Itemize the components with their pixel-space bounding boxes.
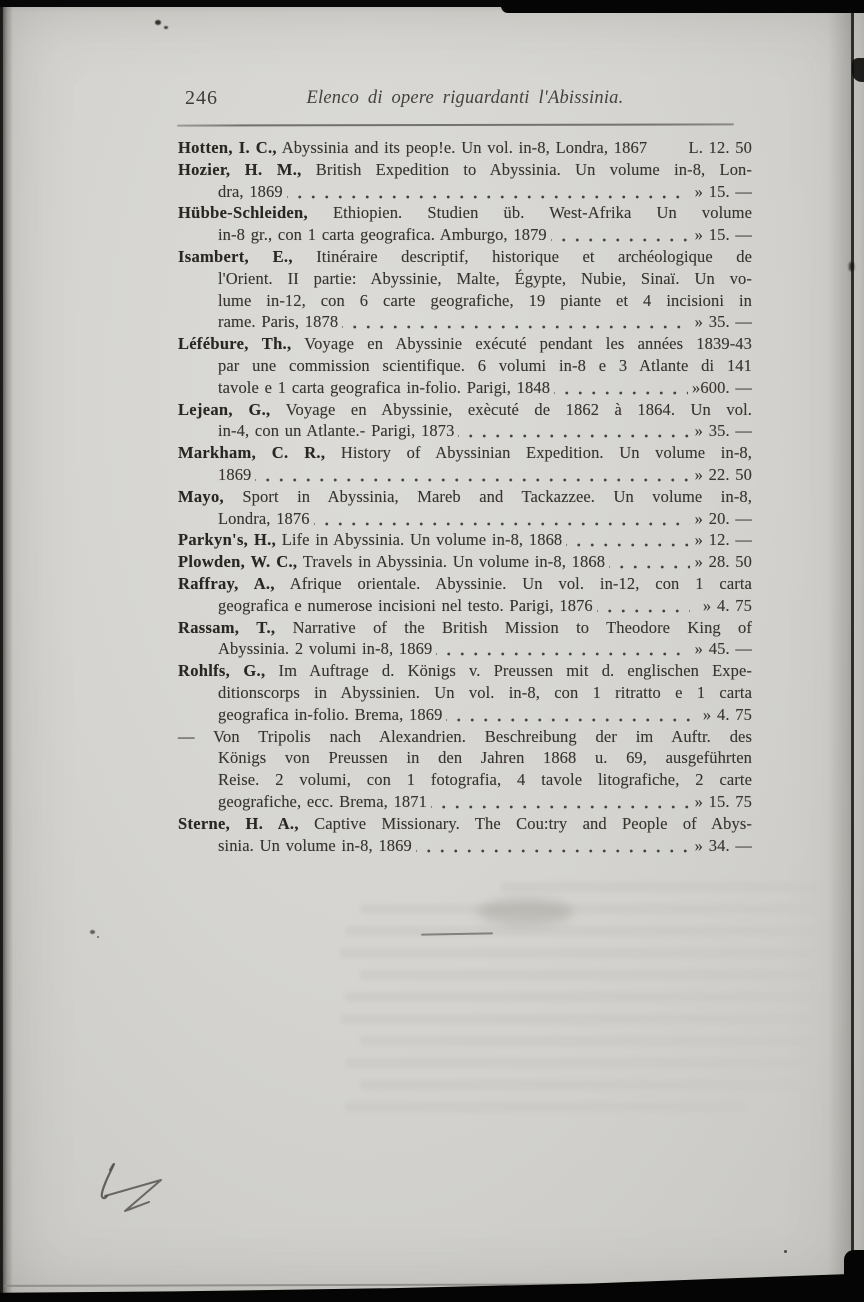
dot-leaders xyxy=(651,137,684,159)
bibliography-entry: Isambert, E., Itinéraire descriptif, his… xyxy=(178,246,752,333)
entry-text: Raffray, A., Afrique orientale. Abyssini… xyxy=(178,573,752,595)
running-title: Elenco di opere riguardanti l'Abissinia. xyxy=(240,88,690,109)
ink-speck xyxy=(784,1250,787,1253)
entry-text: Sterne, H. A., Captive Missionary. The C… xyxy=(178,813,752,835)
entry-text: Plowden, W. C., Travels in Abyssinia. Un… xyxy=(178,551,605,573)
entry-author: Isambert, E., xyxy=(178,247,293,266)
entry-line: Plowden, W. C., Travels in Abyssinia. Un… xyxy=(178,551,752,573)
entry-price: » 22. 50 xyxy=(694,464,752,486)
entry-line: Königs von Preussen in den Jahren 1868 u… xyxy=(178,747,752,769)
bibliography-entry: Hübbe-Schleiden, Ethiopien. Studien üb. … xyxy=(178,202,752,246)
entry-author: Hübbe-Schleiden, xyxy=(178,203,308,222)
entry-line: par une commission scientifique. 6 volum… xyxy=(178,355,752,377)
entry-text: in-4, con un Atlante.- Parigi, 1873 xyxy=(218,420,454,442)
entry-text: Mayo, Sport in Abyssinia, Mareb and Tack… xyxy=(178,486,752,508)
dot-leaders xyxy=(416,835,690,857)
right-edge-line xyxy=(851,0,854,1302)
entry-author: — xyxy=(178,727,195,746)
dot-leaders xyxy=(554,377,688,399)
entry-text: Rassam, T., Narrative of the British Mis… xyxy=(178,617,752,639)
bibliography-entry: Raffray, A., Afrique orientale. Abyssini… xyxy=(178,573,752,617)
binding-edge xyxy=(0,0,3,1302)
entry-price: » 4. 75 xyxy=(694,595,752,617)
dot-leaders xyxy=(255,464,690,486)
entry-line: rame. Paris, 1878» 35. — xyxy=(178,311,752,333)
entry-line: geografica in-folio. Brema, 1869» 4. 75 xyxy=(178,704,752,726)
entry-line: Markham, C. R., History of Abyssinian Ex… xyxy=(178,442,752,464)
entry-author: Lejean, G., xyxy=(178,400,270,419)
entry-line: Rassam, T., Narrative of the British Mis… xyxy=(178,617,752,639)
entry-text: 1869 xyxy=(218,464,251,486)
entry-author: Markham, C. R., xyxy=(178,443,325,462)
entry-price: » 15. 75 xyxy=(694,791,752,813)
bibliography-entry: Hotten, I. C., Abyssinia and its peop!e.… xyxy=(178,137,752,159)
entry-line: ditionscorps in Abyssinien. Un vol. in-8… xyxy=(178,682,752,704)
ink-speck xyxy=(155,20,161,25)
entry-text: par une commission scientifique. 6 volum… xyxy=(218,355,752,377)
entry-line: in-8 gr., con 1 carta geografica. Amburg… xyxy=(178,224,752,246)
pencil-mark xyxy=(92,1158,177,1220)
dot-leaders xyxy=(342,311,690,333)
entry-author: Parkyn's, H., xyxy=(178,530,276,549)
bibliography-entry: Léfébure, Th., Voyage en Abyssinie exécu… xyxy=(178,333,752,398)
entry-text: sinia. Un volume in-8, 1869 xyxy=(218,835,412,857)
dot-leaders xyxy=(287,181,690,203)
entry-text: geografiche, ecc. Brema, 1871 xyxy=(218,791,427,813)
entry-line: Sterne, H. A., Captive Missionary. The C… xyxy=(178,813,752,835)
entry-text: Rohlfs, G., Im Auftrage d. Königs v. Pre… xyxy=(178,660,752,682)
entry-text: Königs von Preussen in den Jahren 1868 u… xyxy=(218,747,752,769)
scanned-book-page: 246 Elenco di opere riguardanti l'Abissi… xyxy=(0,0,864,1302)
entry-author: Hotten, I. C., xyxy=(178,138,277,157)
dot-leaders xyxy=(446,704,690,726)
entry-text: Léfébure, Th., Voyage en Abyssinie exécu… xyxy=(178,333,752,355)
ink-speck xyxy=(164,26,168,29)
entry-line: geografica e numerose incisioni nel test… xyxy=(178,595,752,617)
bibliography-entry: Rassam, T., Narrative of the British Mis… xyxy=(178,617,752,661)
entry-line: dra, 1869» 15. — xyxy=(178,181,752,203)
entry-line: Hozier, H. M., British Expedition to Aby… xyxy=(178,159,752,181)
bibliography-entry: — Von Tripolis nach Alexandrien. Beschre… xyxy=(178,726,752,813)
entry-author: Plowden, W. C., xyxy=(178,552,297,571)
entry-text: rame. Paris, 1878 xyxy=(218,311,338,333)
entry-line: Hotten, I. C., Abyssinia and its peop!e.… xyxy=(178,137,752,159)
scan-smudge xyxy=(478,898,573,926)
entry-price: » 12. — xyxy=(694,529,752,551)
entry-text: geografica in-folio. Brema, 1869 xyxy=(218,704,442,726)
entry-text: lume in-12, con 6 carte geografiche, 19 … xyxy=(218,290,752,312)
entry-line: Parkyn's, H., Life in Abyssinia. Un volu… xyxy=(178,529,752,551)
entry-author: Léfébure, Th., xyxy=(178,334,291,353)
entry-line: Lejean, G., Voyage en Abyssinie, exècuté… xyxy=(178,399,752,421)
dot-leaders xyxy=(458,420,690,442)
scan-edge-bottom-right xyxy=(844,1250,864,1302)
entry-text: — Von Tripolis nach Alexandrien. Beschre… xyxy=(178,726,752,748)
entry-text: Londra, 1876 xyxy=(218,508,310,530)
entry-price: »600. — xyxy=(692,377,752,399)
entries: Hotten, I. C., Abyssinia and its peop!e.… xyxy=(178,137,752,856)
entry-text: Parkyn's, H., Life in Abyssinia. Un volu… xyxy=(178,529,562,551)
ink-speck xyxy=(97,936,99,938)
entry-text: Hotten, I. C., Abyssinia and its peop!e.… xyxy=(178,137,647,159)
entry-text: l'Orient. II partie: Abyssinie, Malte, É… xyxy=(218,268,752,290)
entry-line: Isambert, E., Itinéraire descriptif, his… xyxy=(178,246,752,268)
entry-line: Hübbe-Schleiden, Ethiopien. Studien üb. … xyxy=(178,202,752,224)
entry-author: Rassam, T., xyxy=(178,618,275,637)
entry-line: Rohlfs, G., Im Auftrage d. Königs v. Pre… xyxy=(178,660,752,682)
entry-text: Reise. 2 volumi, con 1 fotografia, 4 tav… xyxy=(218,769,752,791)
dot-leaders xyxy=(597,595,690,617)
entry-text: ditionscorps in Abyssinien. Un vol. in-8… xyxy=(218,682,752,704)
entry-text: Hozier, H. M., British Expedition to Aby… xyxy=(178,159,752,181)
bibliography-entry: Plowden, W. C., Travels in Abyssinia. Un… xyxy=(178,551,752,573)
entry-price: » 28. 50 xyxy=(694,551,752,573)
entry-price: » 35. — xyxy=(694,311,752,333)
entry-text: tavole e 1 carta geografica in-folio. Pa… xyxy=(218,377,550,399)
entry-author: Rohlfs, G., xyxy=(178,661,265,680)
entry-text: Hübbe-Schleiden, Ethiopien. Studien üb. … xyxy=(178,202,752,224)
entry-price: » 4. 75 xyxy=(694,704,752,726)
entry-line: in-4, con un Atlante.- Parigi, 1873» 35.… xyxy=(178,420,752,442)
entry-text: Lejean, G., Voyage en Abyssinie, exècuté… xyxy=(178,399,752,421)
page-number: 246 xyxy=(185,87,218,110)
entry-text: dra, 1869 xyxy=(218,181,283,203)
entry-text: Markham, C. R., History of Abyssinian Ex… xyxy=(178,442,752,464)
bibliography-entry: Sterne, H. A., Captive Missionary. The C… xyxy=(178,813,752,857)
entry-price: » 35. — xyxy=(694,420,752,442)
bibliography-entry: Markham, C. R., History of Abyssinian Ex… xyxy=(178,442,752,486)
entry-line: lume in-12, con 6 carte geografiche, 19 … xyxy=(178,290,752,312)
entry-price: » 45. — xyxy=(694,638,752,660)
dot-leaders xyxy=(314,508,690,530)
dot-leaders xyxy=(609,551,690,573)
entry-price: L. 12. 50 xyxy=(689,137,752,159)
ink-speck xyxy=(90,930,95,934)
entry-price: » 15. — xyxy=(694,181,752,203)
entry-line: sinia. Un volume in-8, 1869» 34. — xyxy=(178,835,752,857)
entry-line: Raffray, A., Afrique orientale. Abyssini… xyxy=(178,573,752,595)
dot-leaders xyxy=(566,529,690,551)
dot-leaders xyxy=(436,638,690,660)
right-edge-notch xyxy=(852,58,864,82)
entry-price: » 34. — xyxy=(694,835,752,857)
entry-line: Léfébure, Th., Voyage en Abyssinie exécu… xyxy=(178,333,752,355)
entry-line: — Von Tripolis nach Alexandrien. Beschre… xyxy=(178,726,752,748)
entry-author: Mayo, xyxy=(178,487,224,506)
bibliography-entry: Lejean, G., Voyage en Abyssinie, exècuté… xyxy=(178,399,752,443)
entry-line: geografiche, ecc. Brema, 1871» 15. 75 xyxy=(178,791,752,813)
entry-text: Abyssinia. 2 volumi in-8, 1869 xyxy=(218,638,432,660)
entry-line: Mayo, Sport in Abyssinia, Mareb and Tack… xyxy=(178,486,752,508)
entry-text: in-8 gr., con 1 carta geografica. Amburg… xyxy=(218,224,547,246)
entry-price: » 20. — xyxy=(694,508,752,530)
bibliography-entry: Rohlfs, G., Im Auftrage d. Königs v. Pre… xyxy=(178,660,752,725)
entry-author: Hozier, H. M., xyxy=(178,160,302,179)
entry-author: Raffray, A., xyxy=(178,574,275,593)
entry-text: Isambert, E., Itinéraire descriptif, his… xyxy=(178,246,752,268)
entry-price: » 15. — xyxy=(694,224,752,246)
entry-line: Abyssinia. 2 volumi in-8, 1869» 45. — xyxy=(178,638,752,660)
bibliography-entry: Hozier, H. M., British Expedition to Aby… xyxy=(178,159,752,203)
entry-text: geografica e numerose incisioni nel test… xyxy=(218,595,593,617)
dot-leaders xyxy=(551,224,690,246)
right-edge-shadow xyxy=(828,0,851,1302)
bibliography-entry: Parkyn's, H., Life in Abyssinia. Un volu… xyxy=(178,529,752,551)
entry-author: Sterne, H. A., xyxy=(178,814,299,833)
scan-edge-top-right xyxy=(501,0,864,13)
entry-line: 1869» 22. 50 xyxy=(178,464,752,486)
dot-leaders xyxy=(431,791,690,813)
entry-line: l'Orient. II partie: Abyssinie, Malte, É… xyxy=(178,268,752,290)
entry-line: tavole e 1 carta geografica in-folio. Pa… xyxy=(178,377,752,399)
bibliography-entry: Mayo, Sport in Abyssinia, Mareb and Tack… xyxy=(178,486,752,530)
entry-line: Reise. 2 volumi, con 1 fotografia, 4 tav… xyxy=(178,769,752,791)
entry-line: Londra, 1876» 20. — xyxy=(178,508,752,530)
